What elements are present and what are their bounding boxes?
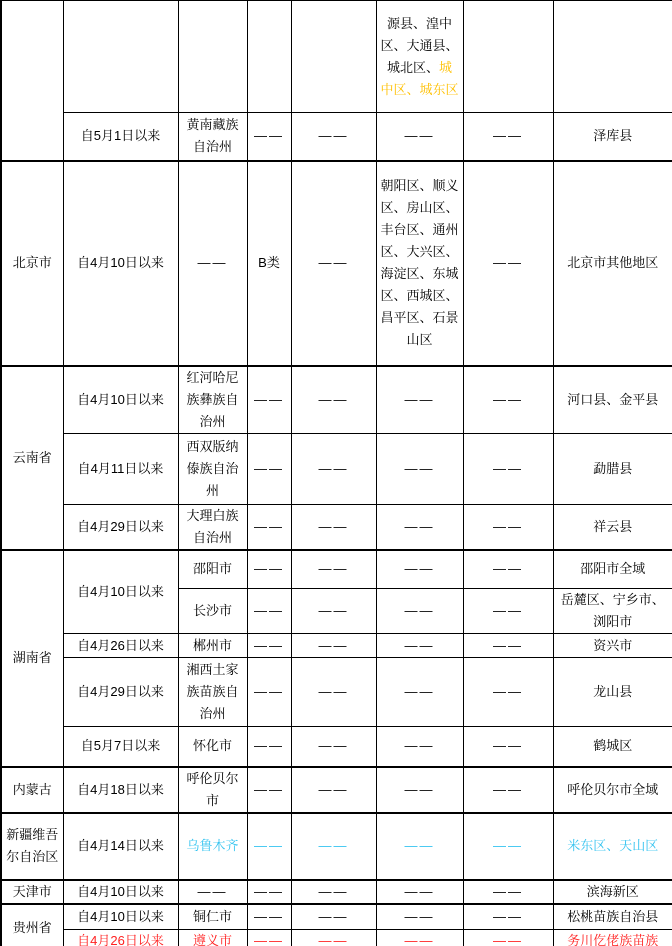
cell-text: —— [319, 684, 349, 699]
cell-text: 自4月10日以来 [77, 392, 164, 407]
col5-cell: —— [291, 634, 376, 658]
cell-text: 新疆维吾尔自治区 [6, 827, 58, 864]
col5-cell: —— [291, 880, 376, 904]
cell-text: —— [493, 684, 523, 699]
cell-text: —— [319, 255, 349, 270]
cell-text: —— [254, 519, 284, 534]
cell-text: —— [319, 909, 349, 924]
city-cell: —— [178, 880, 247, 904]
col7-cell: —— [463, 930, 553, 946]
table-row: 新疆维吾尔自治区自4月14日以来乌鲁木齐————————米东区、天山区 [1, 813, 672, 880]
city-cell: 遵义市 [178, 930, 247, 946]
col7-cell [463, 1, 553, 113]
category-cell: —— [247, 550, 291, 589]
cell-text: —— [319, 838, 349, 853]
cell-text: —— [405, 909, 435, 924]
cell-text: —— [319, 738, 349, 753]
table-row: 自4月26日以来遵义市————————务川仡佬族苗族 [1, 930, 672, 946]
category-cell: —— [247, 904, 291, 930]
table-row: 自4月11日以来西双版纳傣族自治州————————勐腊县 [1, 433, 672, 504]
col5-cell: —— [291, 930, 376, 946]
category-cell: —— [247, 366, 291, 434]
cell-text: —— [319, 884, 349, 899]
risk-area-table-viewport: 源县、湟中区、大通县、城北区、城中区、城东区自5月1日以来黄南藏族自治州————… [0, 0, 672, 946]
date-range-cell: 自4月10日以来 [63, 366, 178, 434]
category-cell: —— [247, 658, 291, 727]
col7-cell: —— [463, 658, 553, 727]
cell-text: —— [493, 838, 523, 853]
cell-text: 黄南藏族自治州 [186, 117, 238, 154]
cell-text: —— [254, 638, 284, 653]
city-cell: 西双版纳傣族自治州 [178, 433, 247, 504]
cell-text: 郴州市 [193, 638, 232, 653]
city-cell: 乌鲁木齐 [178, 813, 247, 880]
col5-cell: —— [291, 433, 376, 504]
cell-text: —— [254, 909, 284, 924]
col7-cell: —— [463, 366, 553, 434]
cell-text: 自4月10日以来 [77, 884, 164, 899]
districts-cell: —— [376, 813, 463, 880]
col7-cell: —— [463, 767, 553, 813]
risk-area-cell: 龙山县 [553, 658, 672, 727]
cell-text: —— [493, 782, 523, 797]
cell-text: 湘西土家族苗族自治州 [186, 662, 238, 721]
category-cell: B类 [247, 161, 291, 366]
cell-text: B类 [258, 255, 280, 270]
table-row: 天津市自4月10日以来——————————滨海新区 [1, 880, 672, 904]
city-cell [178, 1, 247, 113]
cell-text: 自4月10日以来 [77, 584, 164, 599]
col7-cell: —— [463, 904, 553, 930]
cell-text: 北京市其他地区 [567, 255, 658, 270]
col7-cell: —— [463, 161, 553, 366]
cell-text: —— [493, 255, 523, 270]
col7-cell: —— [463, 504, 553, 550]
cell-text: 呼伦贝尔市 [186, 771, 238, 808]
districts-cell: —— [376, 634, 463, 658]
cell-text: —— [405, 933, 435, 946]
col7-cell: —— [463, 813, 553, 880]
cell-text: —— [493, 638, 523, 653]
cell-text: 遵义市 [193, 933, 232, 946]
city-cell: 呼伦贝尔市 [178, 767, 247, 813]
date-range-cell: 自4月26日以来 [63, 930, 178, 946]
cell-text: —— [493, 461, 523, 476]
districts-cell: 朝阳区、顺义区、房山区、丰台区、通州区、大兴区、海淀区、东城区、西城区、昌平区、… [376, 161, 463, 366]
cell-text: 红河哈尼族彝族自治州 [186, 370, 238, 429]
cell-text: —— [254, 461, 284, 476]
province-cell [1, 1, 63, 161]
cell-text: —— [254, 838, 284, 853]
date-range-cell: 自4月18日以来 [63, 767, 178, 813]
cell-text: 自5月7日以来 [81, 738, 160, 753]
cell-text: 河口县、金平县 [567, 392, 658, 407]
risk-area-cell: 邵阳市全域 [553, 550, 672, 589]
date-range-cell: 自5月1日以来 [63, 113, 178, 161]
cell-text: 自4月26日以来 [77, 933, 164, 946]
category-cell [247, 1, 291, 113]
province-cell: 云南省 [1, 366, 63, 550]
date-range-cell: 自4月10日以来 [63, 550, 178, 634]
city-cell: 大理白族自治州 [178, 504, 247, 550]
table-row: 自4月29日以来湘西土家族苗族自治州————————龙山县 [1, 658, 672, 727]
cell-text: —— [493, 392, 523, 407]
col5-cell: —— [291, 366, 376, 434]
col7-cell: —— [463, 113, 553, 161]
cell-text: —— [405, 738, 435, 753]
col5-cell: —— [291, 161, 376, 366]
cell-text: —— [493, 884, 523, 899]
cell-text: 大理白族自治州 [186, 508, 238, 545]
cell-text: —— [405, 519, 435, 534]
category-cell: —— [247, 589, 291, 634]
cell-text: 祥云县 [593, 519, 632, 534]
cell-text: —— [319, 128, 349, 143]
category-cell: —— [247, 634, 291, 658]
cell-text: 务川仡佬族苗族 [567, 933, 658, 946]
col5-cell: —— [291, 813, 376, 880]
col7-cell: —— [463, 727, 553, 767]
cell-text: —— [493, 561, 523, 576]
cell-text: 西双版纳傣族自治州 [186, 439, 238, 498]
cell-text: 滨海新区 [587, 884, 639, 899]
cell-text: —— [405, 782, 435, 797]
table-row: 自5月7日以来怀化市————————鹤城区 [1, 727, 672, 767]
cell-text: —— [198, 255, 228, 270]
risk-area-cell: 松桃苗族自治县 [553, 904, 672, 930]
cell-text: —— [254, 561, 284, 576]
city-cell: —— [178, 161, 247, 366]
districts-cell: —— [376, 767, 463, 813]
cell-text: 自4月11日以来 [78, 461, 164, 476]
cell-text: —— [254, 933, 284, 946]
cell-text: 北京市 [13, 255, 52, 270]
cell-text: —— [254, 782, 284, 797]
cell-text: 朝阳区、顺义区、房山区、丰台区、通州区、大兴区、海淀区、东城区、西城区、昌平区、… [381, 178, 459, 347]
cell-text: —— [493, 933, 523, 946]
city-cell: 黄南藏族自治州 [178, 113, 247, 161]
city-cell: 铜仁市 [178, 904, 247, 930]
table-row: 内蒙古自4月18日以来呼伦贝尔市————————呼伦贝尔市全域 [1, 767, 672, 813]
province-cell: 湖南省 [1, 550, 63, 767]
category-cell: —— [247, 504, 291, 550]
cell-text: 勐腊县 [593, 461, 632, 476]
cell-text: 资兴市 [593, 638, 632, 653]
date-range-cell: 自4月10日以来 [63, 880, 178, 904]
cell-text: —— [405, 392, 435, 407]
col7-cell: —— [463, 589, 553, 634]
risk-area-cell: 呼伦贝尔市全域 [553, 767, 672, 813]
table-row: 自4月26日以来郴州市————————资兴市 [1, 634, 672, 658]
province-cell: 贵州省 [1, 904, 63, 946]
cell-text: 自4月18日以来 [77, 782, 164, 797]
cell-text: —— [254, 684, 284, 699]
category-cell: —— [247, 880, 291, 904]
cell-text: 自4月29日以来 [77, 519, 164, 534]
date-range-cell: 自4月14日以来 [63, 813, 178, 880]
cell-text: 自4月10日以来 [77, 255, 164, 270]
cell-text: 自4月26日以来 [77, 638, 164, 653]
cell-text: —— [319, 638, 349, 653]
date-range-cell [63, 1, 178, 113]
cell-text: 天津市 [13, 884, 52, 899]
date-range-cell: 自5月7日以来 [63, 727, 178, 767]
col5-cell [291, 1, 376, 113]
cell-text: —— [493, 519, 523, 534]
col5-cell: —— [291, 113, 376, 161]
date-range-cell: 自4月10日以来 [63, 161, 178, 366]
date-range-cell: 自4月11日以来 [63, 433, 178, 504]
cell-text: —— [405, 884, 435, 899]
risk-area-table: 源县、湟中区、大通县、城北区、城中区、城东区自5月1日以来黄南藏族自治州————… [0, 0, 672, 946]
col5-cell: —— [291, 550, 376, 589]
districts-cell: —— [376, 550, 463, 589]
table-row: 贵州省自4月10日以来铜仁市————————松桃苗族自治县 [1, 904, 672, 930]
col5-cell: —— [291, 767, 376, 813]
risk-area-cell: 祥云县 [553, 504, 672, 550]
districts-cell: —— [376, 930, 463, 946]
risk-area-cell: 滨海新区 [553, 880, 672, 904]
cell-text: —— [319, 782, 349, 797]
cell-text: —— [493, 128, 523, 143]
cell-text: 泽库县 [593, 128, 632, 143]
districts-cell: —— [376, 366, 463, 434]
category-cell: —— [247, 727, 291, 767]
date-range-cell: 自4月29日以来 [63, 658, 178, 727]
risk-area-cell: 鹤城区 [553, 727, 672, 767]
risk-area-cell: 北京市其他地区 [553, 161, 672, 366]
risk-area-cell: 岳麓区、宁乡市、浏阳市 [553, 589, 672, 634]
cell-text: 铜仁市 [193, 909, 232, 924]
cell-text: —— [319, 561, 349, 576]
date-range-cell: 自4月10日以来 [63, 904, 178, 930]
cell-text: —— [493, 909, 523, 924]
cell-text: —— [405, 561, 435, 576]
districts-cell: —— [376, 727, 463, 767]
cell-text: —— [254, 603, 284, 618]
col7-cell: —— [463, 433, 553, 504]
province-cell: 天津市 [1, 880, 63, 904]
cell-text: —— [319, 519, 349, 534]
cell-text: —— [405, 838, 435, 853]
cell-text: —— [405, 128, 435, 143]
cell-text: —— [254, 128, 284, 143]
city-cell: 怀化市 [178, 727, 247, 767]
risk-area-cell: 泽库县 [553, 113, 672, 161]
col5-cell: —— [291, 658, 376, 727]
cell-text: 岳麓区、宁乡市、浏阳市 [561, 592, 665, 629]
cell-text: 呼伦贝尔市全域 [567, 782, 658, 797]
date-range-cell: 自4月29日以来 [63, 504, 178, 550]
city-cell: 邵阳市 [178, 550, 247, 589]
risk-area-cell: 米东区、天山区 [553, 813, 672, 880]
province-cell: 内蒙古 [1, 767, 63, 813]
cell-text: —— [319, 603, 349, 618]
cell-text: —— [493, 738, 523, 753]
cell-text: 邵阳市全域 [580, 561, 645, 576]
table-row: 自5月1日以来黄南藏族自治州————————泽库县 [1, 113, 672, 161]
cell-text: —— [319, 933, 349, 946]
table-row: 湖南省自4月10日以来邵阳市————————邵阳市全域 [1, 550, 672, 589]
cell-text: 自4月14日以来 [77, 838, 164, 853]
cell-text: —— [493, 603, 523, 618]
risk-area-cell: 河口县、金平县 [553, 366, 672, 434]
districts-cell: —— [376, 904, 463, 930]
city-cell: 红河哈尼族彝族自治州 [178, 366, 247, 434]
cell-text: 龙山县 [593, 684, 632, 699]
category-cell: —— [247, 930, 291, 946]
col5-cell: —— [291, 589, 376, 634]
cell-text: —— [405, 603, 435, 618]
city-cell: 郴州市 [178, 634, 247, 658]
table-row: 源县、湟中区、大通县、城北区、城中区、城东区 [1, 1, 672, 113]
cell-text: 米东区、天山区 [567, 838, 658, 853]
col7-cell: —— [463, 634, 553, 658]
cell-text: —— [254, 738, 284, 753]
risk-area-cell [553, 1, 672, 113]
cell-text: 邵阳市 [193, 561, 232, 576]
cell-text: 鹤城区 [593, 738, 632, 753]
province-cell: 北京市 [1, 161, 63, 366]
districts-cell: —— [376, 504, 463, 550]
cell-text: —— [319, 461, 349, 476]
cell-text: —— [319, 392, 349, 407]
cell-text: —— [405, 461, 435, 476]
cell-text: 云南省 [13, 450, 52, 465]
cell-text: 贵州省 [13, 920, 52, 935]
cell-text: 内蒙古 [13, 782, 52, 797]
cell-text: —— [198, 884, 228, 899]
cell-text: —— [254, 392, 284, 407]
districts-cell: —— [376, 113, 463, 161]
table-row: 云南省自4月10日以来红河哈尼族彝族自治州————————河口县、金平县 [1, 366, 672, 434]
districts-cell: —— [376, 433, 463, 504]
col7-cell: —— [463, 550, 553, 589]
col5-cell: —— [291, 504, 376, 550]
table-row: 北京市自4月10日以来——B类——朝阳区、顺义区、房山区、丰台区、通州区、大兴区… [1, 161, 672, 366]
province-cell: 新疆维吾尔自治区 [1, 813, 63, 880]
category-cell: —— [247, 813, 291, 880]
category-cell: —— [247, 767, 291, 813]
table-row: 自4月29日以来大理白族自治州————————祥云县 [1, 504, 672, 550]
districts-cell: 源县、湟中区、大通县、城北区、城中区、城东区 [376, 1, 463, 113]
districts-cell: —— [376, 658, 463, 727]
city-cell: 湘西土家族苗族自治州 [178, 658, 247, 727]
category-cell: —— [247, 433, 291, 504]
cell-text: 乌鲁木齐 [186, 838, 238, 853]
cell-text: 湖南省 [13, 650, 52, 665]
cell-text: —— [254, 884, 284, 899]
col5-cell: —— [291, 727, 376, 767]
cell-text: 长沙市 [193, 603, 232, 618]
date-range-cell: 自4月26日以来 [63, 634, 178, 658]
cell-text: 自4月29日以来 [77, 684, 164, 699]
city-cell: 长沙市 [178, 589, 247, 634]
districts-cell: —— [376, 880, 463, 904]
cell-text: 自5月1日以来 [81, 128, 160, 143]
risk-area-cell: 务川仡佬族苗族 [553, 930, 672, 946]
cell-text: 自4月10日以来 [77, 909, 164, 924]
col7-cell: —— [463, 880, 553, 904]
risk-area-cell: 资兴市 [553, 634, 672, 658]
col5-cell: —— [291, 904, 376, 930]
category-cell: —— [247, 113, 291, 161]
cell-text: —— [405, 638, 435, 653]
districts-cell: —— [376, 589, 463, 634]
risk-area-cell: 勐腊县 [553, 433, 672, 504]
cell-text: —— [405, 684, 435, 699]
cell-text: 松桃苗族自治县 [567, 909, 658, 924]
cell-text: 怀化市 [193, 738, 232, 753]
